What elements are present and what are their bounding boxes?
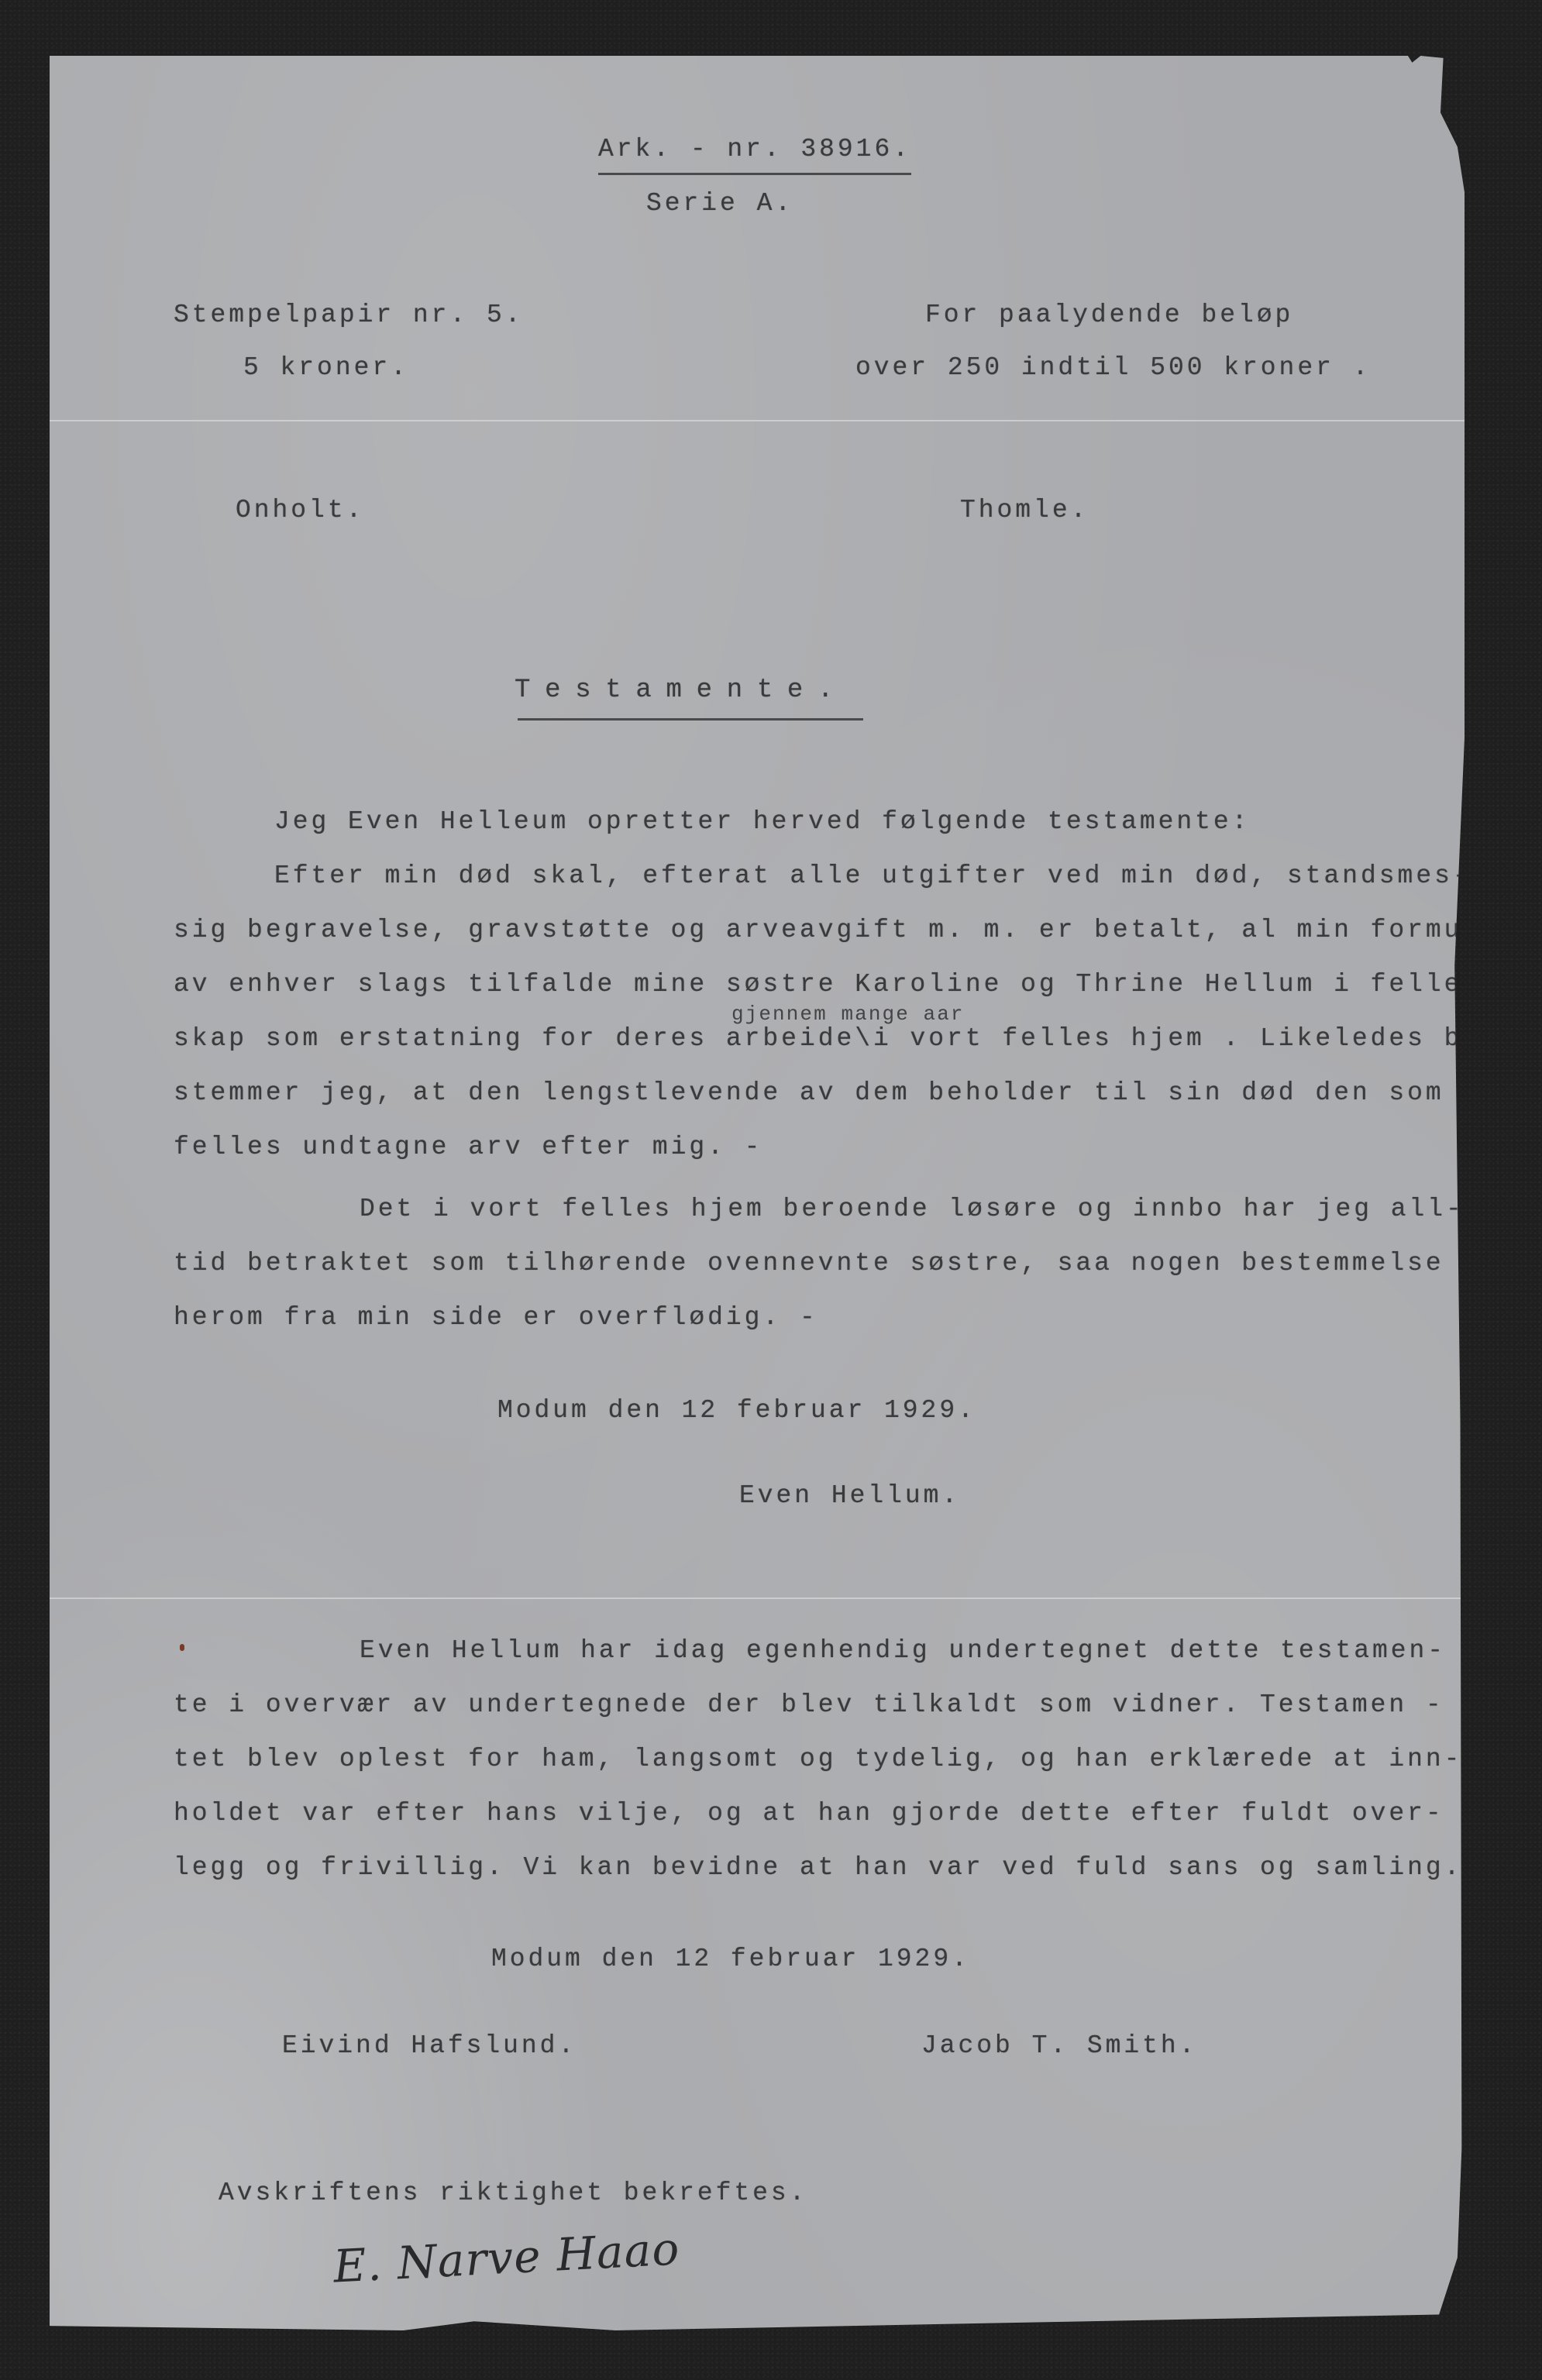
witness-line: Even Hellum har idag egenhendig underteg…: [360, 1636, 1446, 1665]
archive-number: Ark. - nr. 38916.: [598, 135, 911, 175]
series-label: Serie A.: [646, 189, 793, 218]
body-line: felles undtagne arv efter mig. -: [174, 1133, 762, 1161]
certification-text: Avskriftens riktighet bekreftes.: [219, 2179, 807, 2207]
witness-line: tet blev oplest for ham, langsomt og tyd…: [174, 1745, 1462, 1773]
name-right: Thomle.: [960, 496, 1089, 524]
stamp-paper-value: 5 kroner.: [243, 353, 409, 382]
name-left: Onholt.: [236, 496, 364, 524]
witness-right: Jacob T. Smith.: [921, 2031, 1197, 2060]
body-line: Efter min død skal, efterat alle utgifte…: [274, 862, 1471, 890]
paper-fold: [50, 420, 1465, 421]
body-line: herom fra min side er overflødig. -: [174, 1303, 818, 1332]
witness-line: legg og frivillig. Vi kan bevidne at han…: [174, 1853, 1462, 1882]
document-title: Testamente.: [515, 676, 848, 705]
place-date: Modum den 12 februar 1929.: [497, 1396, 976, 1425]
intro-line: Jeg Even Helleum opretter herved følgend…: [274, 807, 1250, 836]
paper-fold: [50, 1598, 1465, 1599]
body-line: Det i vort felles hjem beroende løsøre o…: [360, 1195, 1465, 1223]
witness-line: te i overvær av undertegnede der blev ti…: [174, 1690, 1444, 1719]
stamp-amount-label: For paalydende beløp: [925, 301, 1293, 329]
testator-name: Even Hellum.: [739, 1481, 960, 1510]
body-line: skap som erstatning for deres arbeide\i …: [174, 1024, 1499, 1053]
body-line: sig begravelse, gravstøtte og arveavgift…: [174, 916, 1481, 944]
ink-mark: [180, 1644, 184, 1651]
witness-left: Eivind Hafslund.: [282, 2031, 577, 2060]
place-date-witness: Modum den 12 februar 1929.: [491, 1945, 970, 1973]
stamp-amount-range: over 250 indtil 500 kroner .: [855, 353, 1371, 382]
stamp-paper-number: Stempelpapir nr. 5.: [174, 301, 524, 329]
document-page: Ark. - nr. 38916. Serie A. Stempelpapir …: [50, 56, 1465, 2330]
body-line: tid betraktet som tilhørende ovennevnte …: [174, 1249, 1444, 1278]
witness-line: holdet var efter hans vilje, og at han g…: [174, 1799, 1444, 1828]
handwritten-insertion: gjennem mange aar: [731, 1003, 965, 1026]
title-underline: [518, 718, 863, 721]
body-line: av enhver slags tilfalde mine søstre Kar…: [174, 970, 1499, 999]
body-line: stemmer jeg, at den lengstlevende av dem…: [174, 1078, 1444, 1107]
